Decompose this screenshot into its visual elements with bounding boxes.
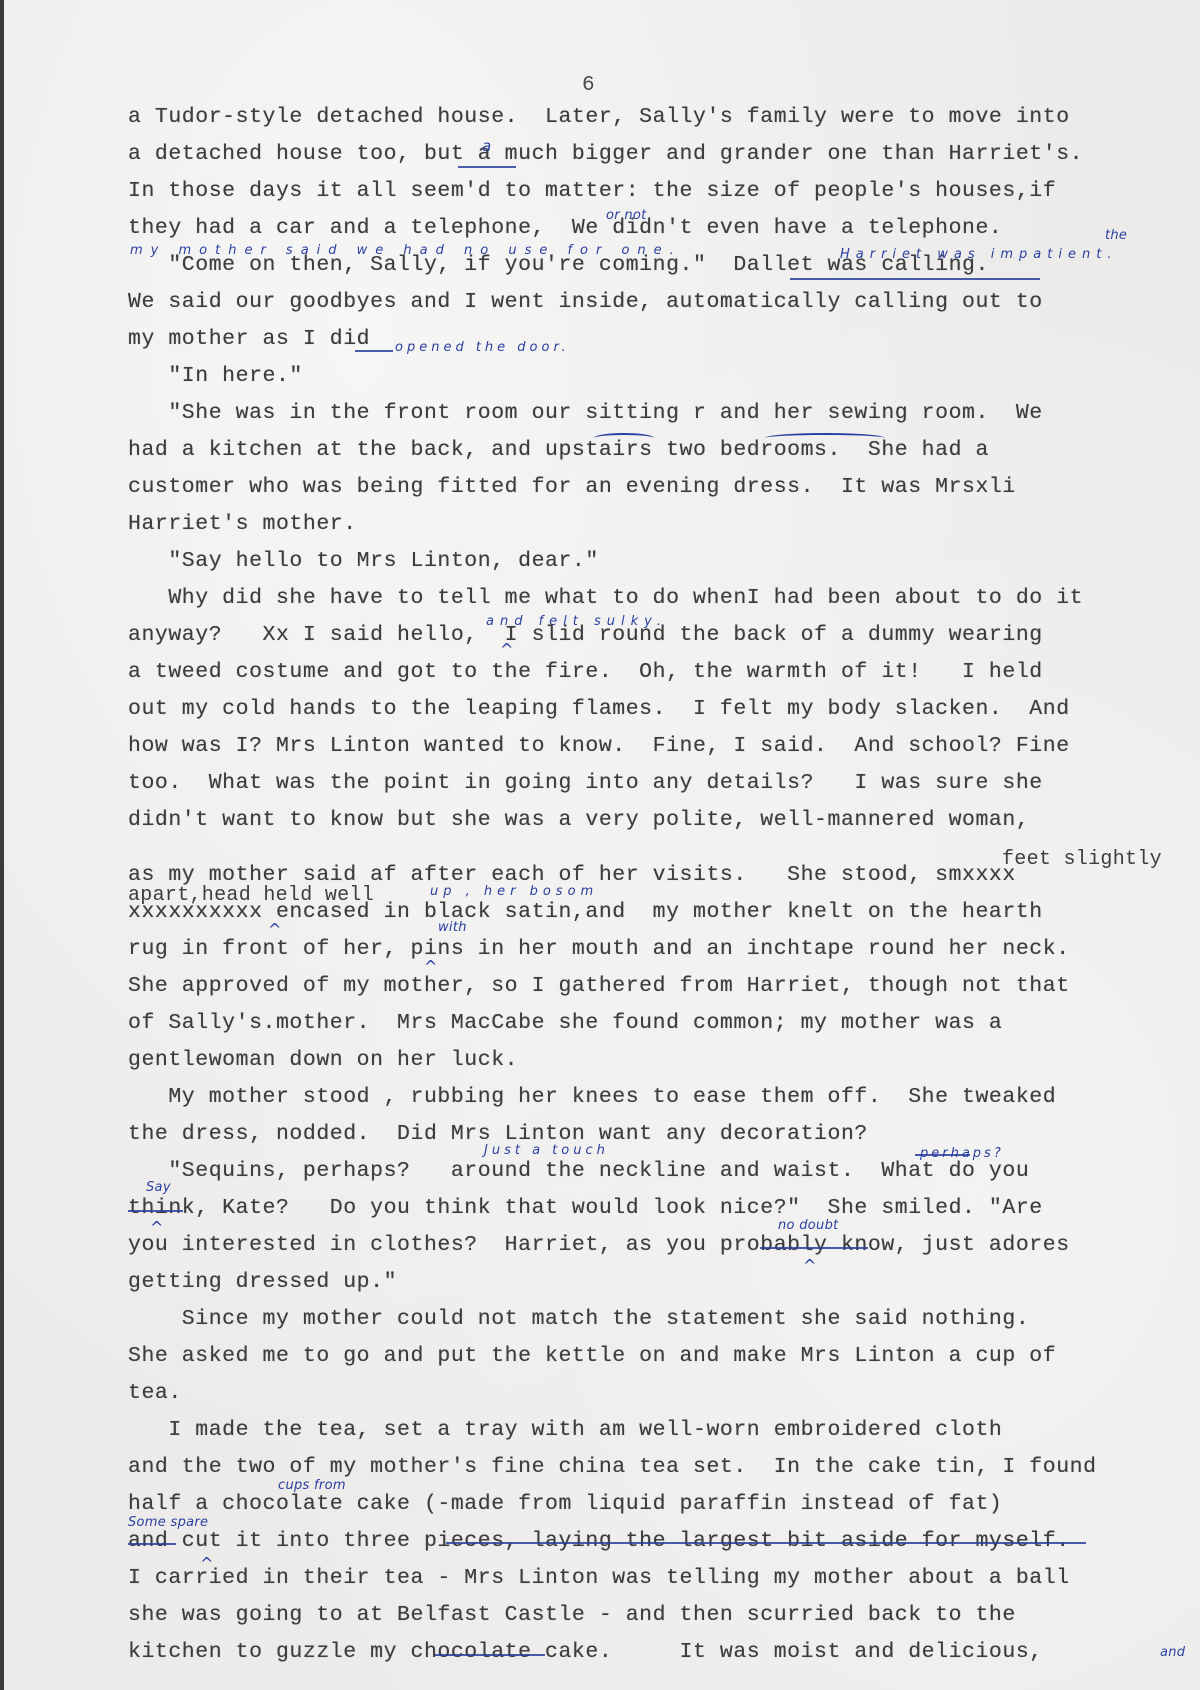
typed-line: "Say hello to Mrs Linton, dear." [128,549,599,573]
typed-line: She asked me to go and put the kettle on… [128,1344,1056,1368]
typed-line: too. What was the point in going into an… [128,771,1043,795]
typed-line: kitchen to guzzle my chocolate cake. It … [128,1640,1043,1664]
annotation-my-mother-said: my mother said we had no use for one. [130,243,682,258]
annotation-just-a-touch: Just a touch [484,1143,609,1158]
annotation-with: with [438,920,467,935]
typed-line: customer who was being fitted for an eve… [128,475,1016,499]
typed-line: We said our goodbyes and I went inside, … [128,290,1043,314]
annotation-some-spare: Some spare [128,1515,208,1530]
insert-caret: ^ [500,640,513,659]
annotation-and: and [1160,1645,1185,1660]
strikeout-but-a [458,166,516,168]
typed-line: My mother stood , rubbing her knees to e… [128,1085,1056,1109]
typed-line: I made the tea, set a tray with am well-… [128,1418,1002,1442]
annotation-apart-head-held-well: apart,head held well [128,884,374,907]
insert-caret: ^ [424,957,437,976]
typed-line: think, Kate? Do you think that would loo… [128,1196,1043,1220]
strikeout-word [915,1154,970,1156]
typed-line: they had a car and a telephone, We didn'… [128,216,1002,240]
annotation-cups-from: cups from [278,1478,346,1493]
typed-line: a Tudor-style detached house. Later, Sal… [128,105,1070,129]
typed-line: rug in front of her, pins in her mouth a… [128,937,1070,961]
typed-line: "Sequins, perhaps? around the neckline a… [128,1159,1029,1183]
strikeout-probably [760,1247,868,1249]
typed-line: and the two of my mother's fine china te… [128,1455,1097,1479]
typed-line: gentlewoman down on her luck. [128,1048,518,1072]
strikeout-chocolate [435,1654,545,1656]
annotation-feet-slightly: feet slightly [1002,848,1162,871]
typed-line: how was I? Mrs Linton wanted to know. Fi… [128,734,1070,758]
strikeout-did [355,350,393,352]
typed-line: half a chocolate cake (-made from liquid… [128,1492,1002,1516]
insert-caret: ^ [200,1554,213,1573]
typed-line: of Sally's.mother. Mrs MacCabe she found… [128,1011,1002,1035]
typed-line: In those days it all seem'd to matter: t… [128,179,1056,203]
typed-line: out my cold hands to the leaping flames.… [128,697,1070,721]
annotation-no-doubt: no doubt [778,1218,839,1233]
annotation-say: Say [146,1180,171,1195]
annotation-a: a [482,137,492,155]
typed-line: She approved of my mother, so I gathered… [128,974,1070,998]
annotation-opened-the-door: opened the door. [395,340,570,355]
annotation-the: the [1105,228,1127,243]
typed-line: she was going to at Belfast Castle - and… [128,1603,1016,1627]
transpose-mark [765,433,885,443]
annotation-harriet-was-impatient: Harriet was impatient. [840,247,1117,262]
typed-line: and cut it into three pieces, laying the… [128,1529,1070,1553]
insert-caret: ^ [803,1256,816,1275]
annotation-or-not: or not [606,208,647,223]
strikeout-half-a [128,1543,176,1545]
insert-caret: ^ [150,1218,163,1237]
typed-line: a tweed costume and got to the fire. Oh,… [128,660,1043,684]
insert-caret: ^ [268,920,281,939]
transpose-mark [594,433,654,443]
typed-line: didn't want to know but she was a very p… [128,808,1029,832]
typed-line: a detached house too, but a much bigger … [128,142,1083,166]
annotation-up-her-bosom: up , her bosom [430,884,598,899]
typed-line: my mother as I did [128,327,370,351]
typed-line: "She was in the front room our sitting r… [128,401,1043,425]
typed-line: I carried in their tea - Mrs Linton was … [128,1566,1070,1590]
typed-line: "In here." [128,364,303,388]
strikeout-dallet-was-calling [790,278,1040,280]
typed-line: getting dressed up." [128,1270,397,1294]
typed-line: Why did she have to tell me what to do w… [128,586,1083,610]
strikeout-paraffin-clause [446,1542,1086,1544]
manuscript-page: 6 a Tudor-style detached house. Later, S… [0,0,1200,1690]
annotation-and-felt-sulky: and felt sulky. [486,614,667,629]
strikeout-think [128,1210,183,1212]
typed-line: Since my mother could not match the stat… [128,1307,1029,1331]
scan-edge [0,0,4,1690]
typed-line: Harriet's mother. [128,512,357,536]
page-number: 6 [582,74,595,97]
typed-line: you interested in clothes? Harriet, as y… [128,1233,1070,1257]
typed-line: tea. [128,1381,182,1405]
